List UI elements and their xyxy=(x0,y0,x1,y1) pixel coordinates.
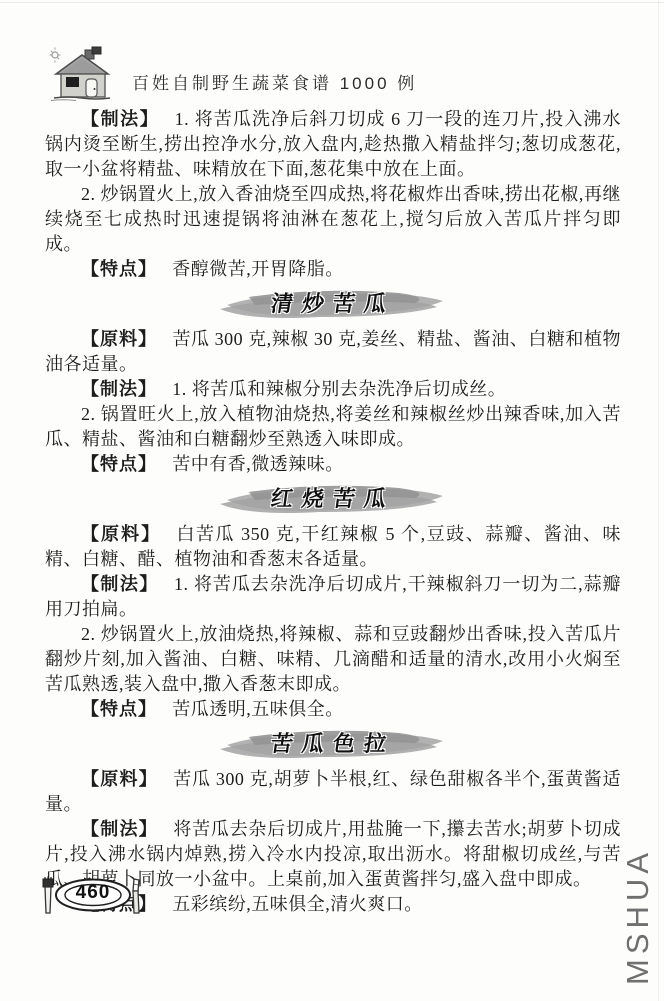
feature-text: 苦瓜透明,五味俱全。 xyxy=(172,699,344,719)
page-number-badge: 460 xyxy=(40,876,146,918)
feature-paragraph: 【特点】苦中有香,微透辣味。 xyxy=(45,452,621,477)
ingredients-label: 【原料】 xyxy=(81,329,157,349)
feature-paragraph: 【特点】苦瓜透明,五味俱全。 xyxy=(45,697,621,722)
method-label: 【制法】 xyxy=(81,574,159,594)
recipe-heading-row: 苦瓜色拉 xyxy=(45,725,621,763)
scanned-book-page: { "header": { "title": "百姓自制野生蔬菜食谱 1000 … xyxy=(0,0,664,1001)
page-content: 【制法】1. 将苦瓜洗净后斜刀切成 6 刀一段的连刀片,投入沸水锅内烫至断生,捞… xyxy=(45,107,621,917)
method-step-paragraph: 2. 锅置旺火上,放入植物油烧热,将姜丝和辣椒丝炒出辣香味,加入苦瓜、精盐、酱油… xyxy=(45,402,621,452)
method-text: 1. 将苦瓜和辣椒分别去杂洗净后切成丝。 xyxy=(172,379,506,399)
method-paragraph: 【制法】1. 将苦瓜去杂洗净后切成片,干辣椒斜刀一切为二,蒜瓣用刀拍扁。 xyxy=(45,572,621,622)
feature-label: 【特点】 xyxy=(81,699,157,719)
recipe-title: 红烧苦瓜 xyxy=(268,480,397,518)
house-icon xyxy=(48,46,116,102)
method-text: 2. 锅置旺火上,放入植物油烧热,将姜丝和辣椒丝炒出辣香味,加入苦瓜、精盐、酱油… xyxy=(45,404,621,449)
ingredients-paragraph: 【原料】白苦瓜 350 克,干红辣椒 5 个,豆豉、蒜瓣、酱油、味精、白糖、醋、… xyxy=(45,522,621,572)
feature-text: 香醇微苦,开胃降脂。 xyxy=(172,259,344,279)
method-paragraph: 【制法】1. 将苦瓜洗净后斜刀切成 6 刀一段的连刀片,投入沸水锅内烫至断生,捞… xyxy=(45,107,621,182)
feature-label: 【特点】 xyxy=(81,259,157,279)
brush-stroke-background: 红烧苦瓜 xyxy=(217,480,449,518)
brush-stroke-background: 苦瓜色拉 xyxy=(217,725,449,763)
ingredients-paragraph: 【原料】苦瓜 300 克,辣椒 30 克,姜丝、精盐、酱油、白糖和植物油各适量。 xyxy=(45,327,621,377)
ingredients-label: 【原料】 xyxy=(81,769,158,789)
recipe-title: 苦瓜色拉 xyxy=(268,725,397,763)
scan-artifact-top-edge xyxy=(0,2,664,3)
scan-artifact-right-edge xyxy=(658,0,659,1001)
method-step-paragraph: 2. 炒锅置火上,放油烧热,将辣椒、蒜和豆豉翻炒出香味,投入苦瓜片翻炒片刻,加入… xyxy=(45,622,621,697)
feature-label: 【特点】 xyxy=(81,454,157,474)
page-number: 460 xyxy=(56,882,130,904)
feature-text: 五彩缤纷,五味俱全,清火爽口。 xyxy=(172,894,423,914)
recipe-heading-row: 红烧苦瓜 xyxy=(45,480,621,518)
ingredients-paragraph: 【原料】苦瓜 300 克,胡萝卜半根,红、绿色甜椒各半个,蛋黄酱适量。 xyxy=(45,767,621,817)
watermark-text: MSHUA xyxy=(620,848,656,985)
page-header: 百姓自制野生蔬菜食谱 1000 例 xyxy=(48,46,417,102)
recipe-heading-row: 清炒苦瓜 xyxy=(45,285,621,323)
method-label: 【制法】 xyxy=(81,819,158,839)
method-text: 2. 炒锅置火上,放油烧热,将辣椒、蒜和豆豉翻炒出香味,投入苦瓜片翻炒片刻,加入… xyxy=(45,624,621,694)
knife-icon xyxy=(133,879,139,913)
feature-text: 苦中有香,微透辣味。 xyxy=(172,454,344,474)
method-label: 【制法】 xyxy=(81,109,159,129)
recipe-title: 清炒苦瓜 xyxy=(268,285,397,323)
method-step-paragraph: 2. 炒锅置火上,放入香油烧至四成热,将花椒炸出香味,捞出花椒,再继续烧至七成热… xyxy=(45,182,621,257)
method-paragraph: 【制法】1. 将苦瓜和辣椒分别去杂洗净后切成丝。 xyxy=(45,377,621,402)
method-label: 【制法】 xyxy=(81,379,157,399)
book-title: 百姓自制野生蔬菜食谱 1000 例 xyxy=(132,55,417,94)
brush-stroke-background: 清炒苦瓜 xyxy=(217,285,449,323)
ingredients-label: 【原料】 xyxy=(81,524,161,544)
method-text: 2. 炒锅置火上,放入香油烧至四成热,将花椒炸出香味,捞出花椒,再继续烧至七成热… xyxy=(45,184,621,254)
fork-icon xyxy=(43,877,53,914)
feature-paragraph: 【特点】香醇微苦,开胃降脂。 xyxy=(45,257,621,282)
